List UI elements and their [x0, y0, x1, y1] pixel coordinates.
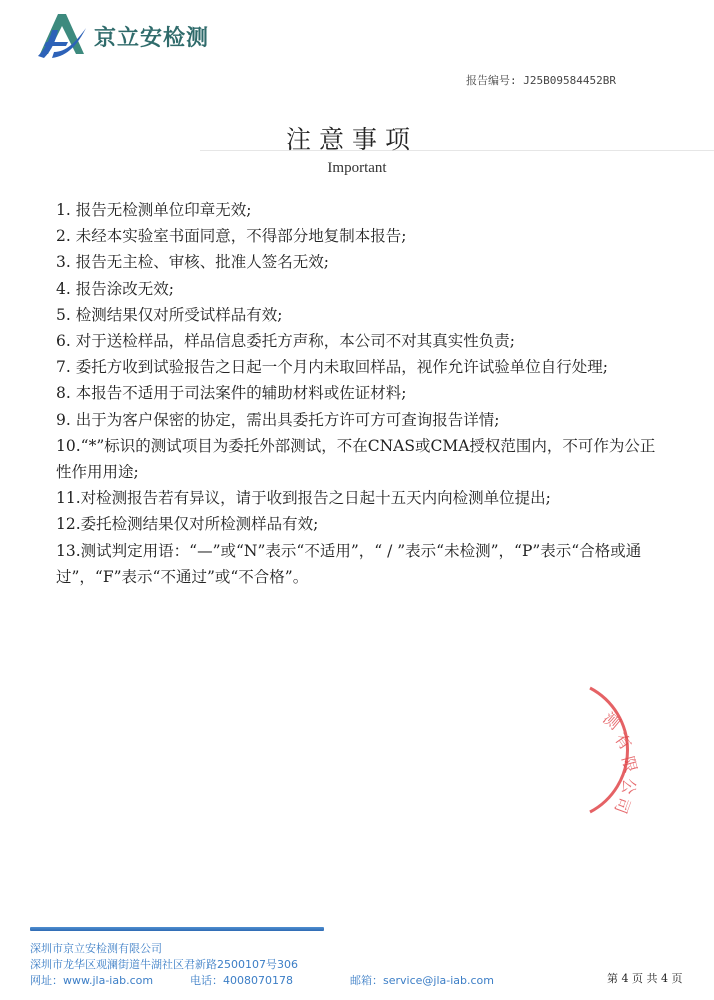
svg-text:司: 司 [611, 795, 634, 817]
report-number-label: 报告编号: [466, 74, 517, 87]
footer-email[interactable]: 邮箱：service@jla-iab.com [350, 973, 494, 989]
notice-list: 1. 报告无检测单位印章无效; 2. 未经本实验室书面同意，不得部分地复制本报告… [56, 197, 666, 590]
footer-phone: 电话：4008070178 [190, 973, 350, 989]
logo-text: 京立安检测 [94, 21, 209, 52]
svg-text:有: 有 [611, 729, 636, 753]
notice-item: 11.对检测报告若有异议，请于收到报告之日起十五天内向检测单位提出; [56, 485, 666, 511]
notice-item: 12.委托检测结果仅对所检测样品有效; [56, 511, 666, 537]
notice-item: 9. 出于为客户保密的协定，需出具委托方许可方可查询报告详情; [56, 407, 666, 433]
company-logo: 京立安检测 [32, 12, 209, 60]
svg-text:限: 限 [618, 754, 640, 774]
svg-text:公: 公 [619, 778, 639, 796]
notice-item: 8. 本报告不适用于司法案件的辅助材料或佐证材料; [56, 380, 666, 406]
notice-item: 7. 委托方收到试验报告之日起一个月内未取回样品，视作允许试验单位自行处理; [56, 354, 666, 380]
page-number: 第 4 页 共 4 页 [607, 970, 682, 986]
notice-item: 10.“*”标识的测试项目为委托外部测试，不在CNAS或CMA授权范围内，不可作… [56, 433, 666, 485]
svg-text:测: 测 [599, 709, 623, 734]
notice-item: 3. 报告无主检、审核、批准人签名无效; [56, 249, 666, 275]
footer-website[interactable]: 网址：www.jla-iab.com [30, 973, 190, 989]
company-seal-icon: 测 有 限 公 司 [550, 680, 670, 820]
report-number: 报告编号: J25B09584452BR [466, 72, 616, 88]
footer-company: 深圳市京立安检测有限公司 [30, 941, 494, 957]
notice-item: 13.测试判定用语：“—”或“N”表示“不适用”，“ / ”表示“未检测”，“P… [56, 538, 666, 590]
title-en: Important [0, 160, 714, 177]
notice-item: 1. 报告无检测单位印章无效; [56, 197, 666, 223]
title-zh: 注意事项 [0, 120, 714, 156]
jla-logo-icon [32, 12, 92, 60]
footer-divider [30, 927, 324, 931]
notice-item: 5. 检测结果仅对所受试样品有效; [56, 302, 666, 328]
footer-address: 深圳市龙华区观澜街道牛湖社区君新路2500107号306 [30, 957, 494, 973]
notice-item: 4. 报告涂改无效; [56, 276, 666, 302]
page-title: 注意事项 Important [0, 120, 714, 177]
report-number-value: J25B09584452BR [523, 74, 616, 87]
footer: 深圳市京立安检测有限公司 深圳市龙华区观澜街道牛湖社区君新路2500107号30… [30, 941, 494, 989]
notice-item: 2. 未经本实验室书面同意，不得部分地复制本报告; [56, 223, 666, 249]
notice-item: 6. 对于送检样品，样品信息委托方声称，本公司不对其真实性负责; [56, 328, 666, 354]
